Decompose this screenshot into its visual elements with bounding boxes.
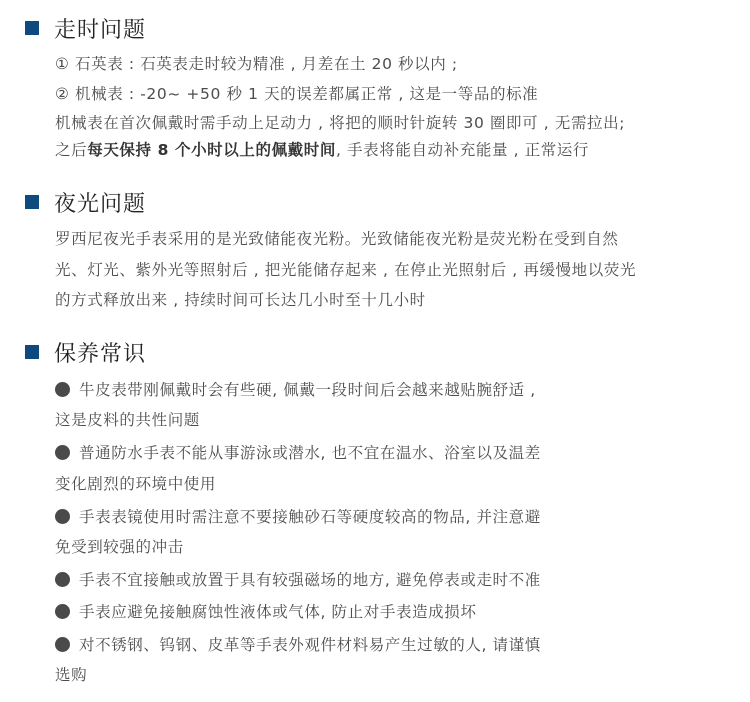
text-line: 的方式释放出来 , 持续时间可长达几小时至十几小时: [55, 290, 426, 310]
text-line: 罗西尼夜光手表采用的是光致储能夜光粉。光致储能夜光粉是荧光粉在受到自然: [55, 229, 619, 249]
circle-bullet-icon: [55, 637, 70, 652]
text-line-with-emphasis: 之后每天保持 8 个小时以上的佩戴时间, 手表将能自动补充能量 , 正常运行: [55, 140, 589, 160]
text-line: ① 石英表 : 石英表走时较为精准 , 月差在土 20 秒以内 ;: [55, 54, 458, 74]
list-item-text: 手表应避免接触腐蚀性液体或气体, 防止对手表造成损坏: [79, 603, 476, 621]
section-title: 夜光问题: [54, 187, 146, 218]
square-bullet-icon: [25, 21, 39, 35]
section-header-maintenance: 保养常识: [25, 336, 146, 368]
section-header-luminous: 夜光问题: [25, 186, 146, 218]
circle-bullet-icon: [55, 509, 70, 524]
list-item: 手表应避免接触腐蚀性液体或气体, 防止对手表造成损坏: [55, 602, 476, 622]
text-line: 光、灯光、紫外光等照射后 , 把光能储存起来 , 在停止光照射后 , 再缓慢地以…: [55, 260, 636, 280]
text-prefix: 之后: [55, 141, 87, 159]
text-line: 机械表在首次佩戴时需手动上足动力 , 将把的顺时针旋转 30 圈即可 , 无需拉…: [55, 113, 625, 133]
square-bullet-icon: [25, 345, 39, 359]
list-item: 普通防水手表不能从事游泳或潜水, 也不宜在温水、浴室以及温差: [55, 443, 541, 463]
circle-bullet-icon: [55, 604, 70, 619]
list-item-text: 普通防水手表不能从事游泳或潜水, 也不宜在温水、浴室以及温差: [79, 444, 541, 462]
circle-bullet-icon: [55, 445, 70, 460]
list-item-continuation: 选购: [55, 665, 87, 685]
circle-bullet-icon: [55, 382, 70, 397]
text-suffix: , 手表将能自动补充能量 , 正常运行: [336, 141, 589, 159]
list-item: 手表不宜接触或放置于具有较强磁场的地方, 避免停表或走时不准: [55, 570, 541, 590]
list-item-text: 对不锈钢、钨钢、皮革等手表外观件材料易产生过敏的人, 请谨慎: [79, 636, 541, 654]
list-item: 牛皮表带刚佩戴时会有些硬, 佩戴一段时间后会越来越贴腕舒适 ,: [55, 380, 536, 400]
list-item-text: 手表表镜使用时需注意不要接触砂石等硬度较高的物品, 并注意避: [79, 508, 541, 526]
square-bullet-icon: [25, 195, 39, 209]
text-line: ② 机械表 : -20~ +50 秒 1 天的误差都属正常 , 这是一等品的标准: [55, 84, 538, 104]
list-item-continuation: 这是皮料的共性问题: [55, 410, 200, 430]
list-item: 手表表镜使用时需注意不要接触砂石等硬度较高的物品, 并注意避: [55, 507, 541, 527]
list-item-text: 牛皮表带刚佩戴时会有些硬, 佩戴一段时间后会越来越贴腕舒适 ,: [79, 381, 536, 399]
list-item: 对不锈钢、钨钢、皮革等手表外观件材料易产生过敏的人, 请谨慎: [55, 635, 541, 655]
list-item-continuation: 变化剧烈的环境中使用: [55, 474, 216, 494]
list-item-continuation: 免受到较强的冲击: [55, 537, 184, 557]
section-title: 保养常识: [54, 337, 146, 368]
section-header-timekeeping: 走时问题: [25, 12, 146, 44]
list-item-text: 手表不宜接触或放置于具有较强磁场的地方, 避免停表或走时不准: [79, 571, 541, 589]
emphasis-text: 每天保持 8 个小时以上的佩戴时间: [87, 141, 336, 159]
circle-bullet-icon: [55, 572, 70, 587]
section-title: 走时问题: [54, 13, 146, 44]
